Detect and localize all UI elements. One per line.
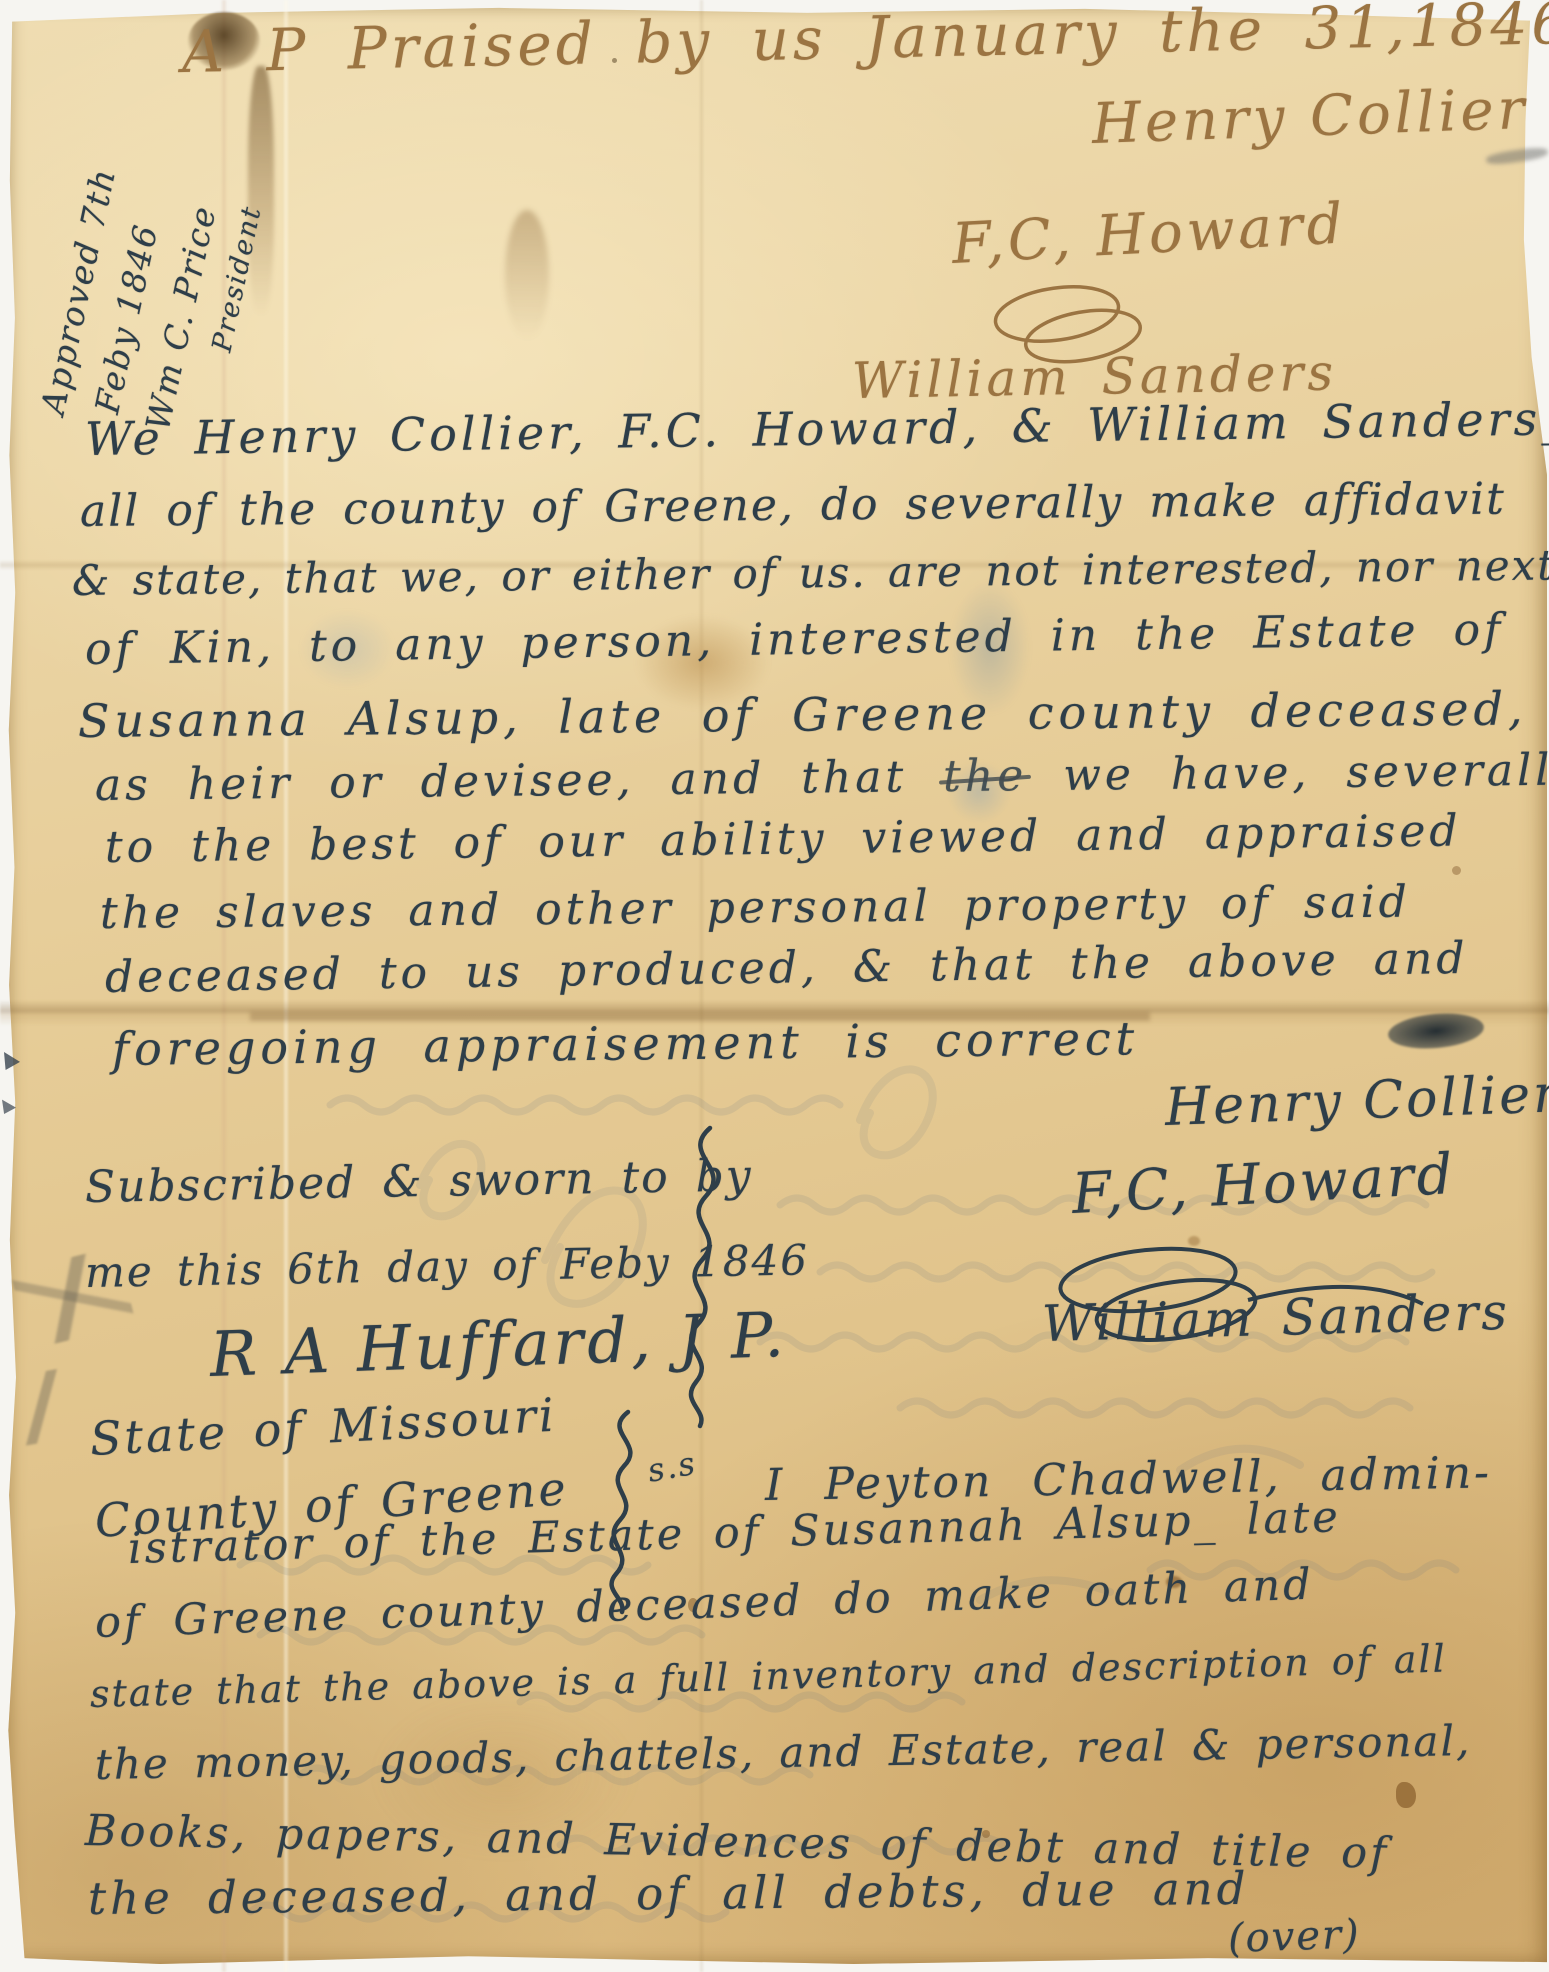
- oath-line-6: the deceased, and of all debts, due and: [88, 1862, 1250, 1925]
- scanned-document-page: A P Praised by us January the 31,1846 He…: [0, 0, 1549, 1972]
- signature-william-sanders: William Sanders: [1041, 1283, 1510, 1353]
- page-turn-note: (over): [1227, 1911, 1361, 1962]
- affidavit-line-10: foregoing appraisement is correct: [112, 1011, 1140, 1076]
- edge-mark-2: [2, 1098, 16, 1114]
- affidavit-line-6-pre: as heir or devisee, and that: [95, 751, 908, 811]
- struck-word: the: [943, 750, 1028, 802]
- affidavit-line-6-post: we have, severally,: [1063, 744, 1549, 801]
- jurat-brace: [632, 1122, 742, 1442]
